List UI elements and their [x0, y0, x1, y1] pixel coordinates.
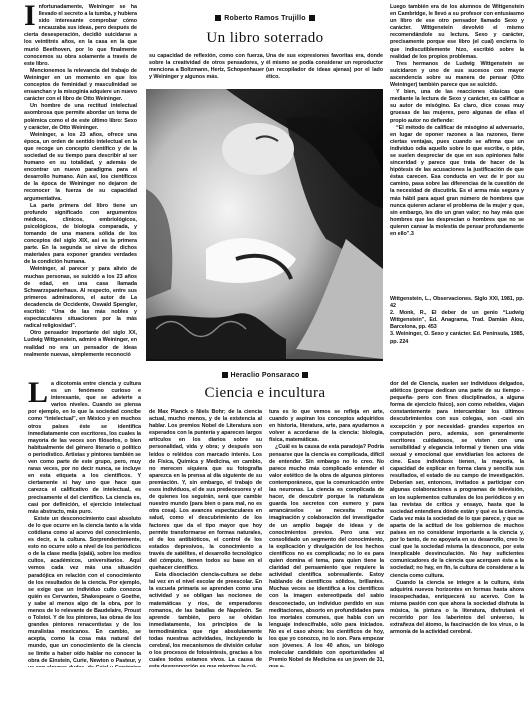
square-bullet-icon — [222, 372, 228, 378]
article2-title: Ciencia e incultura — [140, 385, 390, 402]
footnote: 2. Monk, R., El deber de un genio “Ludwi… — [390, 310, 524, 331]
paragraph: Weininger, a los 23 años, ofrece una épo… — [24, 132, 137, 203]
article2-dropcap: L — [28, 382, 48, 404]
paragraph: Cuando la ciencia se integre a la cultur… — [390, 580, 524, 637]
article1-column-2: su capacidad de reflexión, como con fuer… — [149, 53, 264, 81]
paragraph: ¿Cuál es la causa de esta paradoja? Podr… — [269, 444, 384, 667]
paragraph: dor del de Ciencia, suelen ser individuo… — [390, 381, 524, 580]
article1-column-4: Luego también era de los alumnos de Witt… — [390, 4, 524, 238]
footnote: 3. Weininger, O. Sexo y carácter. Ed. Pe… — [390, 331, 524, 345]
paragraph: Otro pensador importante del siglo XX, L… — [24, 330, 137, 358]
article1-column-1: I nfortunadamente, Weininger se ha lleva… — [24, 4, 137, 366]
author-name: Heraclio Ponsaraco — [231, 372, 300, 379]
paragraph: Una de sus expresiones favoritas era, do… — [266, 53, 383, 81]
paragraph: nfortunadamente, Weininger se ha llevado… — [24, 4, 137, 68]
paragraph: tura es lo que vemos se refleja en arte,… — [269, 409, 384, 444]
article2-byline: Heraclio Ponsaraco — [140, 372, 390, 379]
author-name: Roberto Ramos Trujillo — [224, 15, 305, 22]
article-photo — [146, 89, 383, 361]
paragraph: Y bien, una de las reacciones clásicas q… — [390, 89, 524, 124]
square-bullet-icon — [309, 15, 315, 21]
paragraph: Luego también era de los alumnos de Witt… — [390, 4, 524, 61]
paragraph: Esta disociación ciencia-cultura se debe… — [149, 572, 262, 667]
paragraph: de Max Planck o Niels Bohr; de la cienci… — [149, 409, 262, 572]
photo-image — [146, 89, 383, 359]
article1-column-3: Una de sus expresiones favoritas era, do… — [266, 53, 383, 81]
paragraph: Existe un desconocimiento casi absoluto … — [28, 516, 141, 667]
article1-dropcap: I — [24, 5, 36, 27]
article2-column-1: L a dicotomía entre ciencia y cultura es… — [28, 381, 141, 667]
article2-column-2: de Max Planck o Niels Bohr; de la cienci… — [149, 409, 262, 667]
footnote: Wittgenstein, L., Observaciones. Siglo X… — [390, 296, 524, 310]
article1-title: Un libro soterrado — [140, 30, 390, 47]
paragraph: Mencionemos la relevancia del trabajo de… — [24, 68, 137, 103]
paragraph: Weininger, al parecer y para alivio de m… — [24, 266, 137, 330]
paragraph: Tres hermanos de Ludwig Wittgenstein se … — [390, 61, 524, 89]
paragraph: Un hombre de una rectitud intelectual as… — [24, 103, 137, 131]
article2-column-3: tura es lo que vemos se refleja en arte,… — [269, 409, 384, 667]
paragraph: La parte primera del libro tiene un prof… — [24, 203, 137, 267]
article1-byline: Roberto Ramos Trujillo — [140, 15, 390, 22]
square-bullet-icon — [302, 372, 308, 378]
paragraph: “El método de calificar de misógino al a… — [390, 125, 524, 239]
square-bullet-icon — [215, 15, 221, 21]
article2-column-4: dor del de Ciencia, suelen ser individuo… — [390, 381, 524, 641]
paragraph: su capacidad de reflexión, como con fuer… — [149, 53, 264, 81]
article1-footnotes: Wittgenstein, L., Observaciones. Siglo X… — [390, 296, 524, 346]
